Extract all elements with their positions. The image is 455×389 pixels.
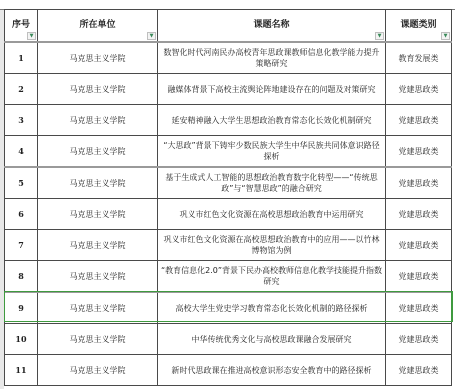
cell-title[interactable]: “教育信息化2.0”背景下民办高校教师信息化教学技能提升指数研究 (158, 261, 386, 293)
cell-title[interactable]: “大思政”背景下铸牢少数民族大学生中华民族共同体意识路径探析 (158, 136, 386, 168)
cell-unit[interactable]: 马克思主义学院 (38, 199, 158, 230)
cell-unit[interactable]: 马克思主义学院 (38, 167, 158, 199)
cell-category[interactable]: 党建思政类 (386, 261, 452, 293)
table-row: 4 马克思主义学院 “大思政”背景下铸牢少数民族大学生中华民族共同体意识路径探析… (5, 136, 452, 168)
cell-unit[interactable]: 马克思主义学院 (38, 230, 158, 261)
table-row-selected: 9 马克思主义学院 高校大学生党史学习教育常态化长效化机制的路径探析 党建思政类 (5, 292, 452, 324)
table-row: 7 马克思主义学院 巩义市红色文化资源在高校思想政治教育中的应用——以竹林博物馆… (5, 230, 452, 261)
cell-unit[interactable]: 马克思主义学院 (38, 355, 158, 386)
cell-category[interactable]: 党建思政类 (386, 167, 452, 199)
filter-dropdown-icon[interactable]: ▼ (147, 32, 156, 40)
cell-unit[interactable]: 马克思主义学院 (38, 74, 158, 105)
table-row: 1 马克思主义学院 数智化时代河南民办高校青年思政课教师信息化教学能力提升策略研… (5, 42, 452, 74)
cell-index[interactable]: 4 (5, 136, 38, 168)
cell-unit[interactable]: 马克思主义学院 (38, 292, 158, 324)
cell-category[interactable]: 党建思政类 (386, 105, 452, 136)
cell-category[interactable]: 党建思政类 (386, 74, 452, 105)
cell-index[interactable]: 8 (5, 261, 38, 293)
filter-dropdown-icon[interactable]: ▼ (27, 32, 36, 40)
spreadsheet-table: 序号▼ 所在单位▼ 课题名称▼ 课题类别▼ 1 马克思主义学院 数智化时代河南民… (4, 9, 452, 386)
cell-category[interactable]: 党建思政类 (386, 324, 452, 355)
cell-index[interactable]: 9 (5, 292, 38, 324)
cell-unit[interactable]: 马克思主义学院 (38, 324, 158, 355)
cell-title[interactable]: 高校大学生党史学习教育常态化长效化机制的路径探析 (158, 292, 386, 324)
cell-index[interactable]: 11 (5, 355, 38, 386)
cell-unit[interactable]: 马克思主义学院 (38, 42, 158, 74)
cell-index[interactable]: 1 (5, 42, 38, 74)
cell-category[interactable]: 党建思政类 (386, 230, 452, 261)
cell-title[interactable]: 融媒体背景下高校主流舆论阵地建设存在的问题及对策研究 (158, 74, 386, 105)
table-row: 5 马克思主义学院 基于生成式人工智能的思想政治教育数字化转型——“传统思政”与… (5, 167, 452, 199)
cell-category[interactable]: 党建思政类 (386, 355, 452, 386)
cell-index[interactable]: 7 (5, 230, 38, 261)
filter-dropdown-icon[interactable]: ▼ (441, 32, 450, 40)
filter-dropdown-icon[interactable]: ▼ (375, 32, 384, 40)
cell-title[interactable]: 巩义市红色文化资源在高校思想政治教育中运用研究 (158, 199, 386, 230)
cell-unit[interactable]: 马克思主义学院 (38, 105, 158, 136)
cell-index[interactable]: 10 (5, 324, 38, 355)
cell-title[interactable]: 数智化时代河南民办高校青年思政课教师信息化教学能力提升策略研究 (158, 42, 386, 74)
table-row: 8 马克思主义学院 “教育信息化2.0”背景下民办高校教师信息化教学技能提升指数… (5, 261, 452, 293)
cell-unit[interactable]: 马克思主义学院 (38, 136, 158, 168)
cell-title[interactable]: 中华传统优秀文化与高校思政课融合发展研究 (158, 324, 386, 355)
cell-index[interactable]: 3 (5, 105, 38, 136)
cell-category[interactable]: 党建思政类 (386, 199, 452, 230)
header-row: 序号▼ 所在单位▼ 课题名称▼ 课题类别▼ (5, 10, 452, 43)
cell-title[interactable]: 基于生成式人工智能的思想政治教育数字化转型——“传统思政”与“智慧思政”的融合研… (158, 167, 386, 199)
cell-unit[interactable]: 马克思主义学院 (38, 261, 158, 293)
cell-index[interactable]: 6 (5, 199, 38, 230)
cell-index[interactable]: 5 (5, 167, 38, 199)
table-row: 10 马克思主义学院 中华传统优秀文化与高校思政课融合发展研究 党建思政类 (5, 324, 452, 355)
cell-category[interactable]: 教育发展类 (386, 42, 452, 74)
header-index[interactable]: 序号▼ (5, 10, 38, 43)
cell-category[interactable]: 党建思政类 (386, 136, 452, 168)
table-row: 2 马克思主义学院 融媒体背景下高校主流舆论阵地建设存在的问题及对策研究 党建思… (5, 74, 452, 105)
cell-title[interactable]: 新时代思政课在推进高校意识形态安全教育中的路径探析 (158, 355, 386, 386)
header-category[interactable]: 课题类别▼ (386, 10, 452, 43)
header-unit[interactable]: 所在单位▼ (38, 10, 158, 43)
header-title[interactable]: 课题名称▼ (158, 10, 386, 43)
table-row: 6 马克思主义学院 巩义市红色文化资源在高校思想政治教育中运用研究 党建思政类 (5, 199, 452, 230)
table-row: 3 马克思主义学院 延安精神融入大学生思想政治教育常态化长效化机制研究 党建思政… (5, 105, 452, 136)
table-row: 11 马克思主义学院 新时代思政课在推进高校意识形态安全教育中的路径探析 党建思… (5, 355, 452, 386)
cell-title[interactable]: 延安精神融入大学生思想政治教育常态化长效化机制研究 (158, 105, 386, 136)
cell-category[interactable]: 党建思政类 (386, 292, 452, 324)
cell-title[interactable]: 巩义市红色文化资源在高校思想政治教育中的应用——以竹林博物馆为例 (158, 230, 386, 261)
cell-index[interactable]: 2 (5, 74, 38, 105)
